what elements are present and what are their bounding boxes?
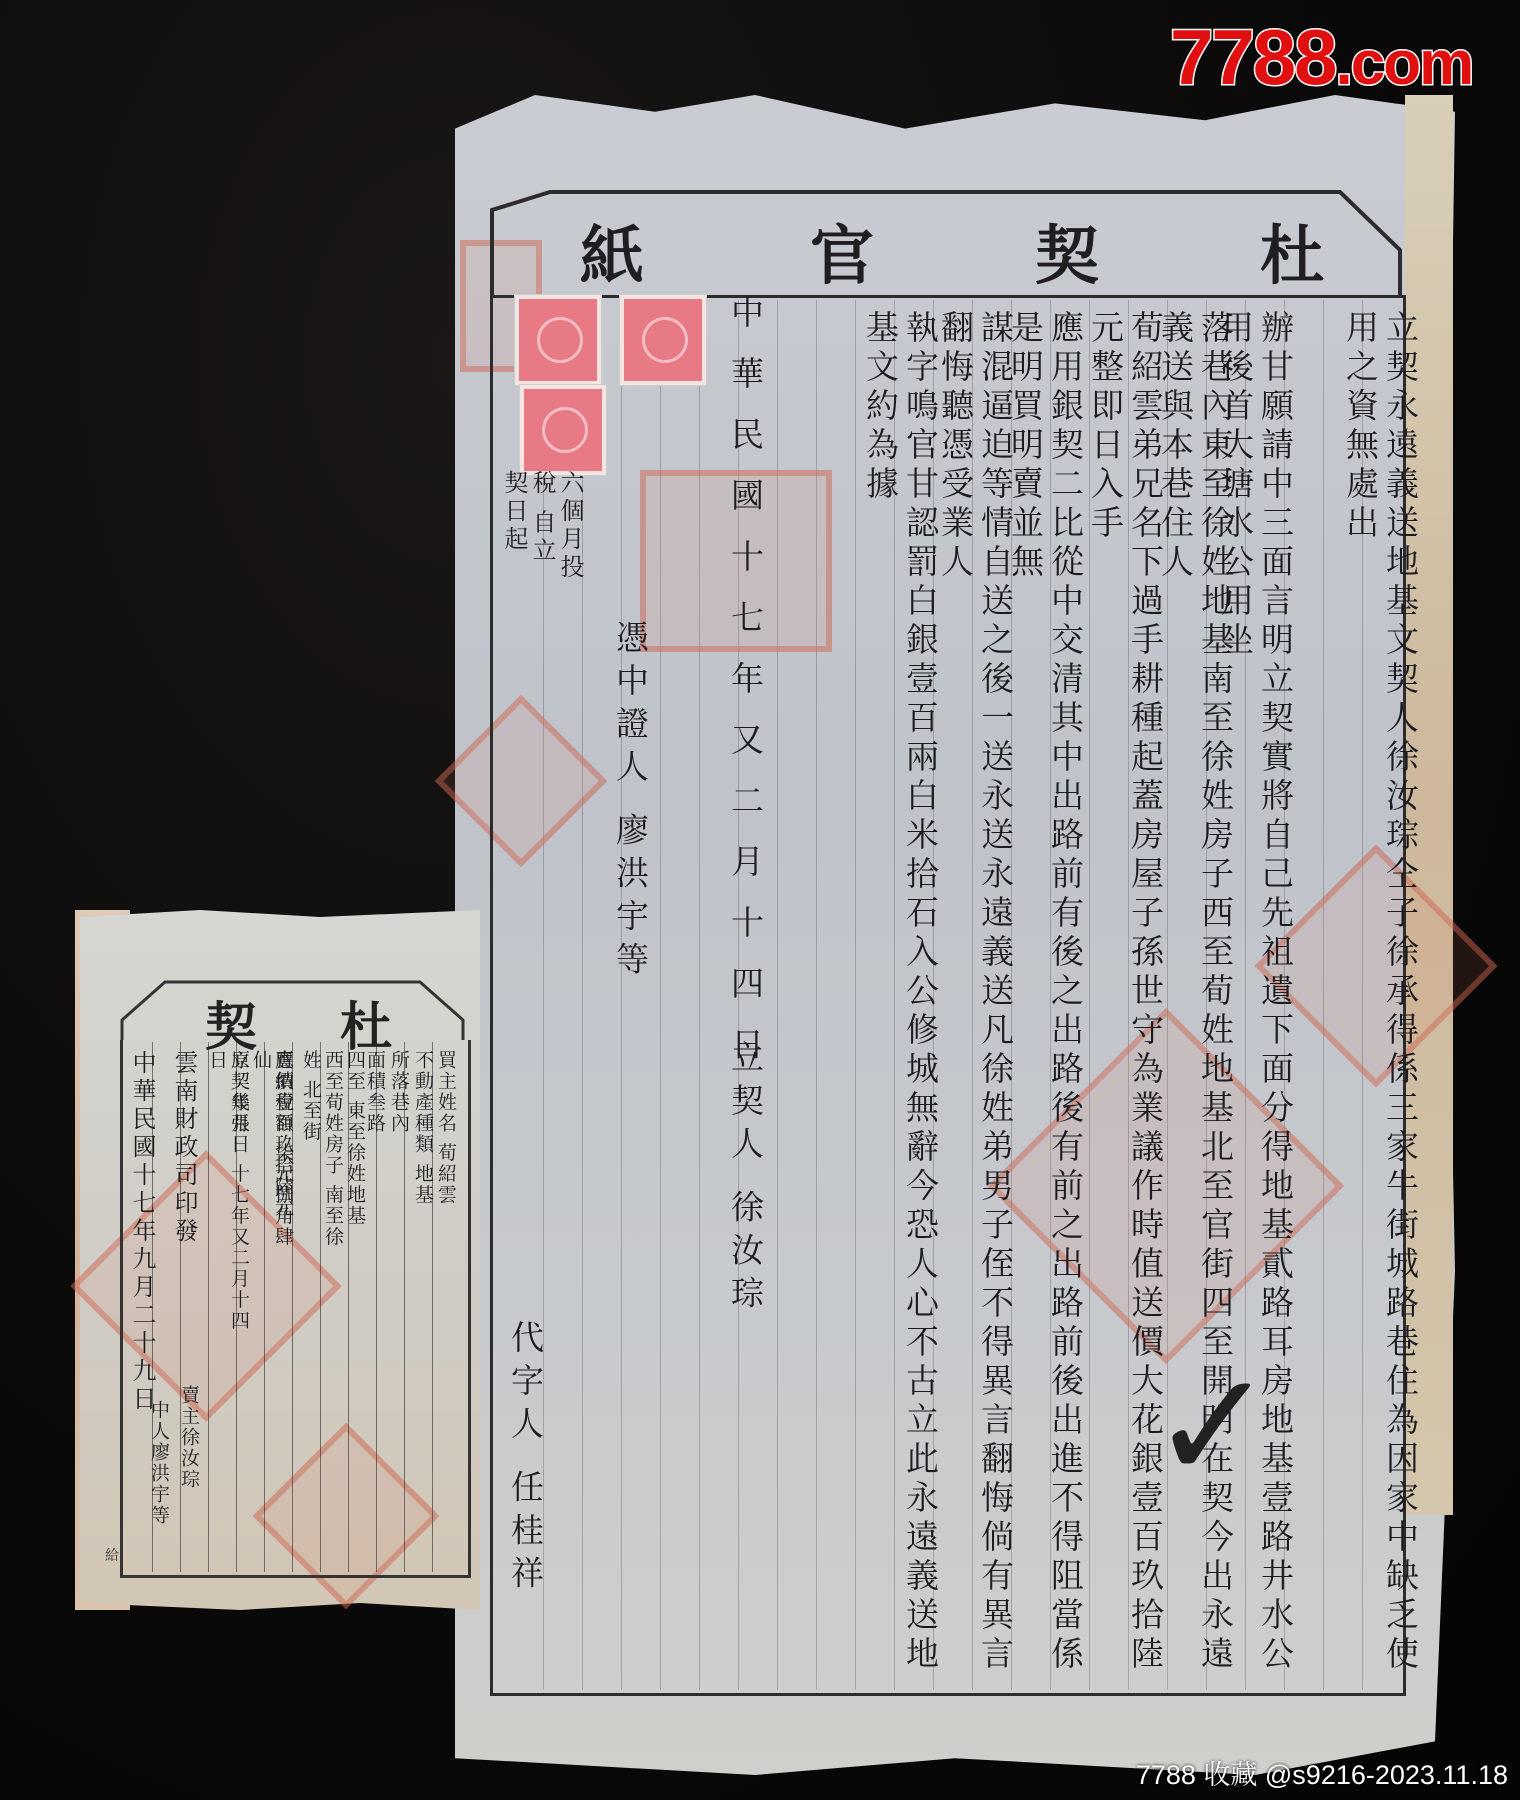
title-char: 契 xyxy=(1035,205,1099,297)
receipt-boundaries: 四至 東至徐姓地基 西至荀姓房子 南至徐姓 北至街 xyxy=(300,1050,366,1250)
receipt-deed-date: 立契年月日 十七年又二月十四日 xyxy=(206,1050,250,1350)
footer-caption: 7788 收藏 @s9216-2023.11.18 xyxy=(1136,1753,1508,1792)
ink-check-mark: ✓ xyxy=(1150,1340,1276,1514)
receipt-area: 面積叁路 xyxy=(364,1050,386,1240)
revenue-stamp xyxy=(515,295,601,385)
deed-title: 杜 契 官 紙 xyxy=(490,205,1400,295)
deed-date: 中華民國十七年又二月十四日 xyxy=(725,295,765,1088)
watermark-domain: .com xyxy=(1336,29,1473,98)
deed-witness: 憑中證人 廖洪宇等 xyxy=(610,620,650,985)
deed-body-column: 執字鳴官甘認罰白銀壹百兩白米拾石入公修城無辭今恐人心不古立此永遠義送地基文約為據 xyxy=(860,310,940,1690)
receipt-issue-mark: 給 xyxy=(105,1545,119,1565)
receipt-title-char: 杜 xyxy=(340,985,392,1060)
receipt-location: 所落巷內 xyxy=(388,1050,410,1240)
revenue-stamp xyxy=(620,295,706,385)
deed-signer: 立契人 徐汝琮 xyxy=(725,1040,765,1319)
receipt-roof-outline xyxy=(120,980,465,1040)
receipt-issue-date: 中華民國十七年九月二十九日 xyxy=(128,1050,156,1430)
receipt-buyer: 買主姓名 荀紹雲 xyxy=(435,1050,457,1240)
deed-body-column: 謀混逼迫等情自送之後一送永送永遠義送凡徐姓弟男子侄不得異言翻悔倘有異言翻悔聽憑受… xyxy=(935,310,1015,1690)
deed-scribe: 代字人 任桂祥 xyxy=(505,1320,545,1599)
revenue-stamp xyxy=(520,385,606,475)
receipt-seller: 賣主徐汝琮 xyxy=(178,1385,200,1525)
receipt-title-char: 契 xyxy=(205,985,257,1060)
site-watermark: 7788.com xyxy=(1170,12,1472,103)
receipt-property-type: 不動產種類 地基 xyxy=(412,1050,434,1240)
title-char: 紙 xyxy=(580,205,644,297)
watermark-brand: 7788 xyxy=(1170,13,1336,101)
deed-body-column: 立契永遠義送地基文契人徐汝琮仝子徐承得係三家牛街城路巷住為因家中缺乏使用之資無處… xyxy=(1340,310,1420,1690)
deed-body-column: 應用銀契二比從中交清其中出路前有後之出路後有前之出路前後出進不得阻當係是明買明賣… xyxy=(1005,310,1085,1690)
tax-note: 六個月投稅 自立契日起 xyxy=(500,470,584,590)
title-char: 官 xyxy=(810,205,874,297)
title-char: 杜 xyxy=(1260,205,1324,297)
receipt-tax-due: 應納稅額 柒元捌角肆仙 xyxy=(250,1050,294,1250)
receipt-middleman: 中人廖洪宇等 xyxy=(148,1400,170,1540)
receipt-issuer: 雲南財政司印發 xyxy=(170,1050,198,1250)
